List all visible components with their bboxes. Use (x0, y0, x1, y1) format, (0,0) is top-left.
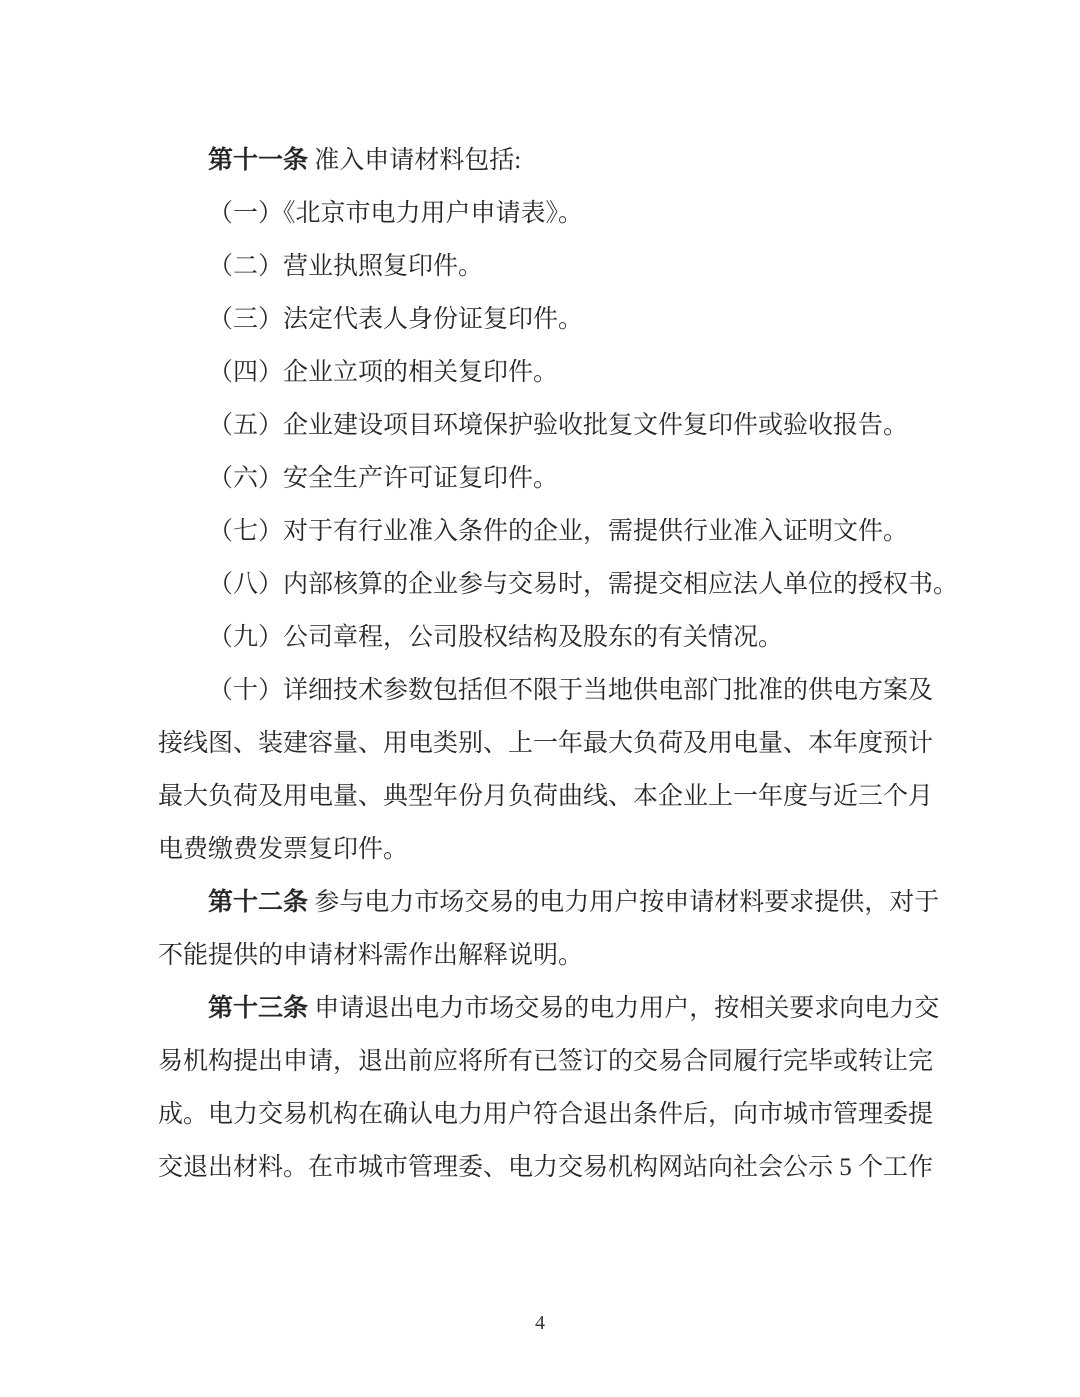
text-line: 成。电力交易机构在确认电力用户符合退出条件后，向市城市管理委提 (158, 1088, 932, 1141)
text-line: 电费缴费发票复印件。 (158, 823, 932, 876)
document-body: 第十一条 准入申请材料包括:（一）《北京市电力用户申请表》。（二）营业执照复印件… (158, 134, 932, 1194)
text-run: 准入申请材料包括: (308, 147, 521, 174)
text-line: 易机构提出申请，退出前应将所有已签订的交易合同履行完毕或转让完 (158, 1035, 932, 1088)
text-run: 电费缴费发票复印件。 (158, 836, 408, 863)
text-run: 参与电力市场交易的电力用户按申请材料要求提供，对于 (308, 889, 939, 916)
text-run: （一）《北京市电力用户申请表》。 (208, 200, 583, 227)
text-line: （三）法定代表人身份证复印件。 (158, 293, 932, 346)
text-line: （七）对于有行业准入条件的企业，需提供行业准入证明文件。 (158, 505, 932, 558)
text-line: 第十三条 申请退出电力市场交易的电力用户，按相关要求向电力交 (158, 982, 932, 1035)
text-line: 接线图、装建容量、用电类别、上一年最大负荷及用电量、本年度预计 (158, 717, 932, 770)
text-run: 成。电力交易机构在确认电力用户符合退出条件后，向市城市管理委提 (158, 1101, 933, 1128)
article-number: 第十三条 (208, 995, 308, 1022)
text-run: （二）营业执照复印件。 (208, 253, 483, 280)
text-run: （十）详细技术参数包括但不限于当地供电部门批准的供电方案及 (208, 677, 933, 704)
text-line: （九）公司章程，公司股权结构及股东的有关情况。 (158, 611, 932, 664)
text-run: （三）法定代表人身份证复印件。 (208, 306, 583, 333)
text-line: 交退出材料。在市城市管理委、电力交易机构网站向社会公示 5 个工作 (158, 1141, 932, 1194)
page-number: 4 (0, 1308, 1080, 1338)
text-run: （七）对于有行业准入条件的企业，需提供行业准入证明文件。 (208, 518, 908, 545)
text-run: 不能提供的申请材料需作出解释说明。 (158, 942, 583, 969)
article-number: 第十二条 (208, 889, 308, 916)
text-line: （一）《北京市电力用户申请表》。 (158, 187, 932, 240)
text-line: 第十一条 准入申请材料包括: (158, 134, 932, 187)
text-run: （四）企业立项的相关复印件。 (208, 359, 558, 386)
article-number: 第十一条 (208, 147, 308, 174)
text-run: 易机构提出申请，退出前应将所有已签订的交易合同履行完毕或转让完 (158, 1048, 933, 1075)
text-run: （九）公司章程，公司股权结构及股东的有关情况。 (208, 624, 783, 651)
text-line: （二）营业执照复印件。 (158, 240, 932, 293)
text-run: 交退出材料。在市城市管理委、电力交易机构网站向社会公示 5 个工作 (158, 1154, 933, 1181)
text-line: （十）详细技术参数包括但不限于当地供电部门批准的供电方案及 (158, 664, 932, 717)
text-line: 最大负荷及用电量、典型年份月负荷曲线、本企业上一年度与近三个月 (158, 770, 932, 823)
text-run: 接线图、装建容量、用电类别、上一年最大负荷及用电量、本年度预计 (158, 730, 933, 757)
text-line: （八）内部核算的企业参与交易时，需提交相应法人单位的授权书。 (158, 558, 932, 611)
text-line: 第十二条 参与电力市场交易的电力用户按申请材料要求提供，对于 (158, 876, 932, 929)
document-page: 第十一条 准入申请材料包括:（一）《北京市电力用户申请表》。（二）营业执照复印件… (0, 0, 1080, 1397)
text-line: 不能提供的申请材料需作出解释说明。 (158, 929, 932, 982)
text-run: （六）安全生产许可证复印件。 (208, 465, 558, 492)
text-run: 最大负荷及用电量、典型年份月负荷曲线、本企业上一年度与近三个月 (158, 783, 933, 810)
text-run: （五）企业建设项目环境保护验收批复文件复印件或验收报告。 (208, 412, 908, 439)
text-run: （八）内部核算的企业参与交易时，需提交相应法人单位的授权书。 (208, 571, 958, 598)
text-line: （六）安全生产许可证复印件。 (158, 452, 932, 505)
text-line: （四）企业立项的相关复印件。 (158, 346, 932, 399)
text-line: （五）企业建设项目环境保护验收批复文件复印件或验收报告。 (158, 399, 932, 452)
text-run: 申请退出电力市场交易的电力用户，按相关要求向电力交 (308, 995, 939, 1022)
